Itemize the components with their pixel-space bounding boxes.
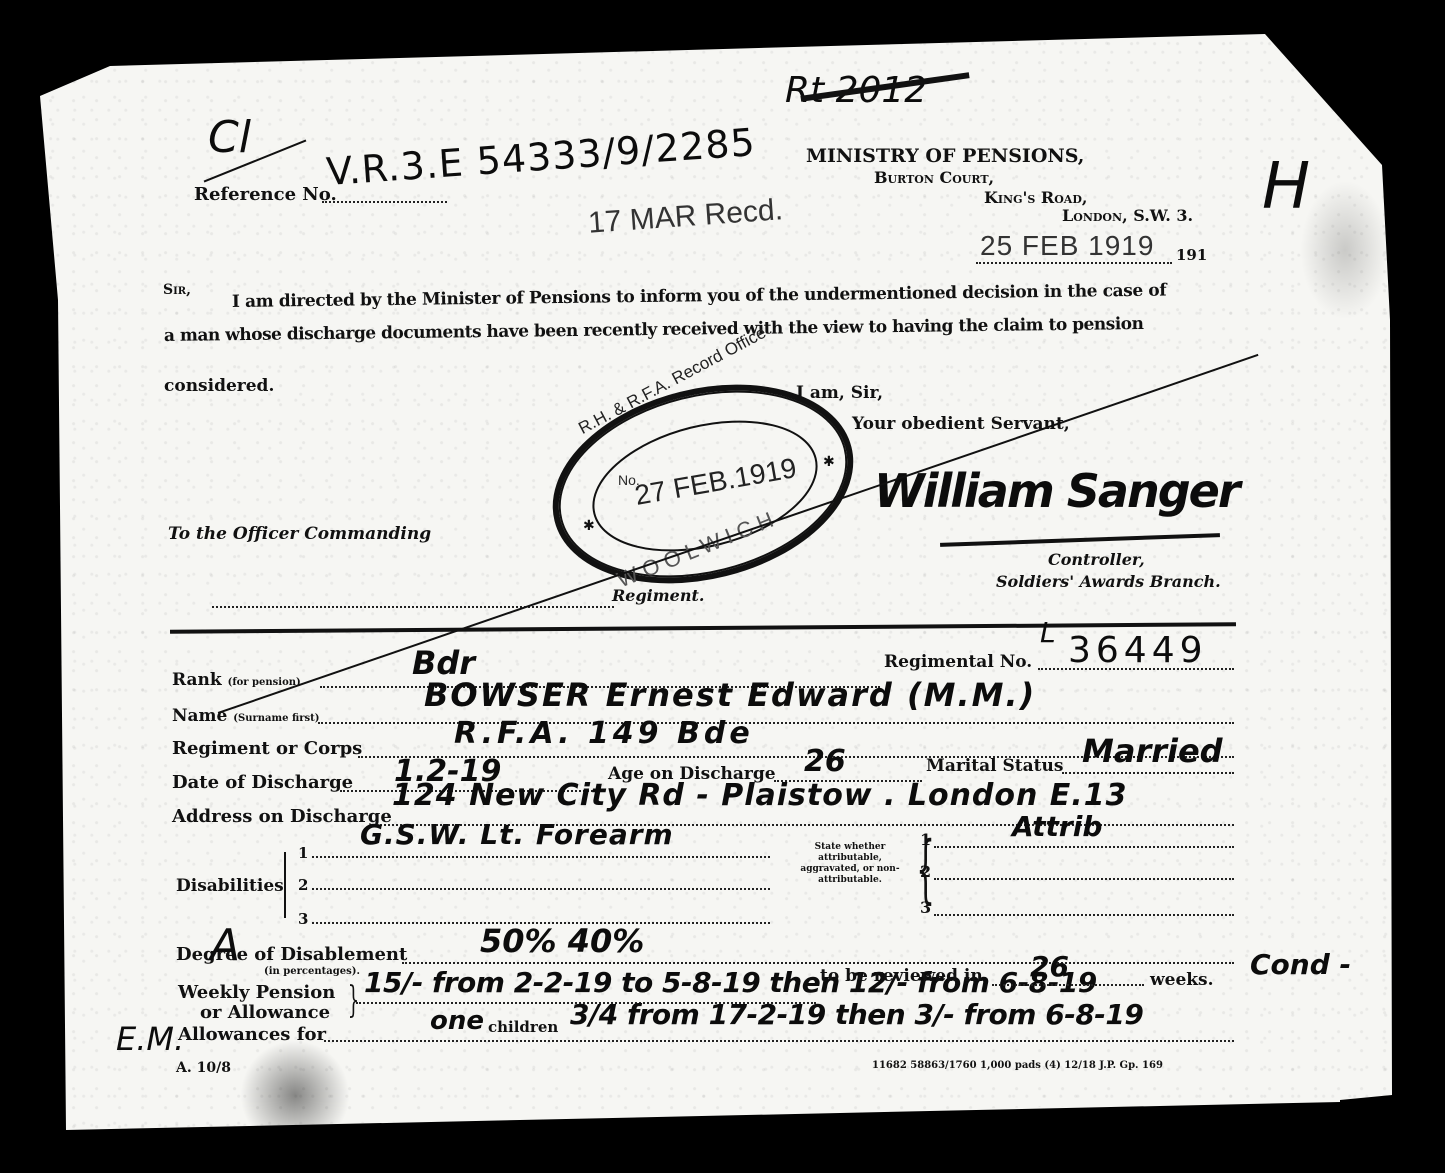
- review-unit: weeks.: [1150, 970, 1214, 990]
- print-line: 11682 58863/1760 1,000 pads (4) 12/18 J.…: [872, 1060, 1163, 1071]
- regimental-no-label: Regimental No.: [884, 652, 1032, 672]
- regimental-no-prefix: L: [1040, 616, 1056, 649]
- letter-body-line-3: considered.: [164, 376, 274, 396]
- marital-label: Marital Status: [926, 756, 1063, 776]
- address-line-3: London, S.W. 3.: [1062, 206, 1193, 225]
- disability-2-line: [312, 888, 770, 890]
- disabilities-brace: [284, 852, 286, 918]
- children-label: children: [488, 1018, 558, 1036]
- attrib-3-line: [934, 914, 1234, 916]
- review-dotted-line: [992, 984, 1144, 986]
- regiment-corps-label: Regiment or Corps: [172, 738, 362, 759]
- weekly-pension-brace: }: [348, 980, 359, 1021]
- allowances-prefix: one: [430, 1006, 484, 1036]
- weekly-pension-label-1: Weekly Pension: [178, 982, 335, 1003]
- regiment-dotted-line: [212, 606, 614, 608]
- degree-value: 50% 40%: [480, 922, 644, 960]
- disability-3-number: 3: [298, 910, 308, 928]
- form-code: A. 10/8: [176, 1060, 231, 1076]
- attrib-1-line: [934, 846, 1234, 848]
- reference-label: Reference No.: [194, 184, 337, 205]
- name-value: BOWSER Ernest Edward (M.M.): [424, 676, 1036, 714]
- attrib-1-number: 1: [920, 830, 931, 849]
- disabilities-label: Disabilities: [176, 876, 284, 896]
- attrib-3-number: 3: [920, 898, 931, 917]
- signatory-title-1: Controller,: [1048, 550, 1145, 569]
- svg-text:✱: ✱: [583, 518, 595, 534]
- left-margin-mark: E.M.: [116, 1020, 184, 1058]
- review-note: Cond -: [1250, 948, 1351, 981]
- degree-margin-mark: A: [210, 920, 240, 971]
- attrib-1-value: Attrib: [1012, 810, 1102, 843]
- signatory-title-2: Soldiers' Awards Branch.: [996, 572, 1221, 591]
- disability-2-number: 2: [298, 876, 308, 894]
- degree-dotted-line: [402, 962, 1234, 964]
- age-value: 26: [804, 744, 846, 779]
- degree-note: (in percentages).: [264, 966, 360, 977]
- address-label: Address on Discharge: [172, 806, 392, 827]
- rank-label: Rank (for pension): [172, 670, 301, 690]
- attrib-2-number: 2: [920, 862, 931, 881]
- attrib-2-line: [934, 878, 1234, 880]
- svg-text:✱: ✱: [823, 454, 835, 470]
- review-value: 26: [1030, 950, 1069, 983]
- address-line-1: Burton Court,: [874, 168, 994, 187]
- address-line-2: King's Road,: [984, 188, 1087, 207]
- regiment-corps-value: R.F.A. 149 Bde: [454, 716, 754, 751]
- regimental-no-value: 36449: [1068, 630, 1208, 671]
- allowances-label: Allowances for: [178, 1024, 326, 1045]
- disability-1-line: [312, 856, 770, 858]
- allowances-value: 3/4 from 17-2-19 then 3/- from 6-8-19: [570, 998, 1143, 1031]
- address-value: 124 New City Rd - Plaistow . London E.13: [392, 778, 1127, 813]
- date-dotted-line: [976, 262, 1172, 264]
- allowances-dotted-line: [324, 1040, 1234, 1042]
- disability-1-value: G.S.W. Lt. Forearm: [360, 818, 674, 851]
- disability-1-number: 1: [298, 844, 308, 862]
- ink-smudge: [1300, 180, 1390, 320]
- weekly-pension-value: 15/- from 2-2-19 to 5-8-19 then 12/- fro…: [364, 966, 1097, 999]
- review-label: to be reviewed in: [820, 966, 983, 986]
- ministry-name: MINISTRY OF PENSIONS,: [806, 145, 1084, 167]
- date-stamp: 25 FEB 1919: [980, 230, 1154, 262]
- name-label: Name (Surname first): [172, 706, 319, 726]
- reference-dotted-line: [322, 201, 447, 203]
- marital-dotted-line: [1062, 772, 1234, 774]
- discharge-date-label: Date of Discharge: [172, 772, 353, 793]
- corner-mark: H: [1262, 150, 1310, 224]
- initials-annotation: Cl: [208, 112, 251, 163]
- salutation: Sir,: [163, 282, 191, 298]
- marital-value: Married: [1082, 732, 1223, 770]
- ink-smudge: [240, 1040, 350, 1150]
- signature: William Sanger: [874, 464, 1239, 518]
- date-suffix: 191: [1176, 246, 1207, 264]
- weekly-pension-label-2: or Allowance: [200, 1002, 330, 1023]
- recipient-label: To the Officer Commanding: [168, 524, 431, 544]
- attributability-note: State whether attributable, aggravated, …: [794, 842, 906, 886]
